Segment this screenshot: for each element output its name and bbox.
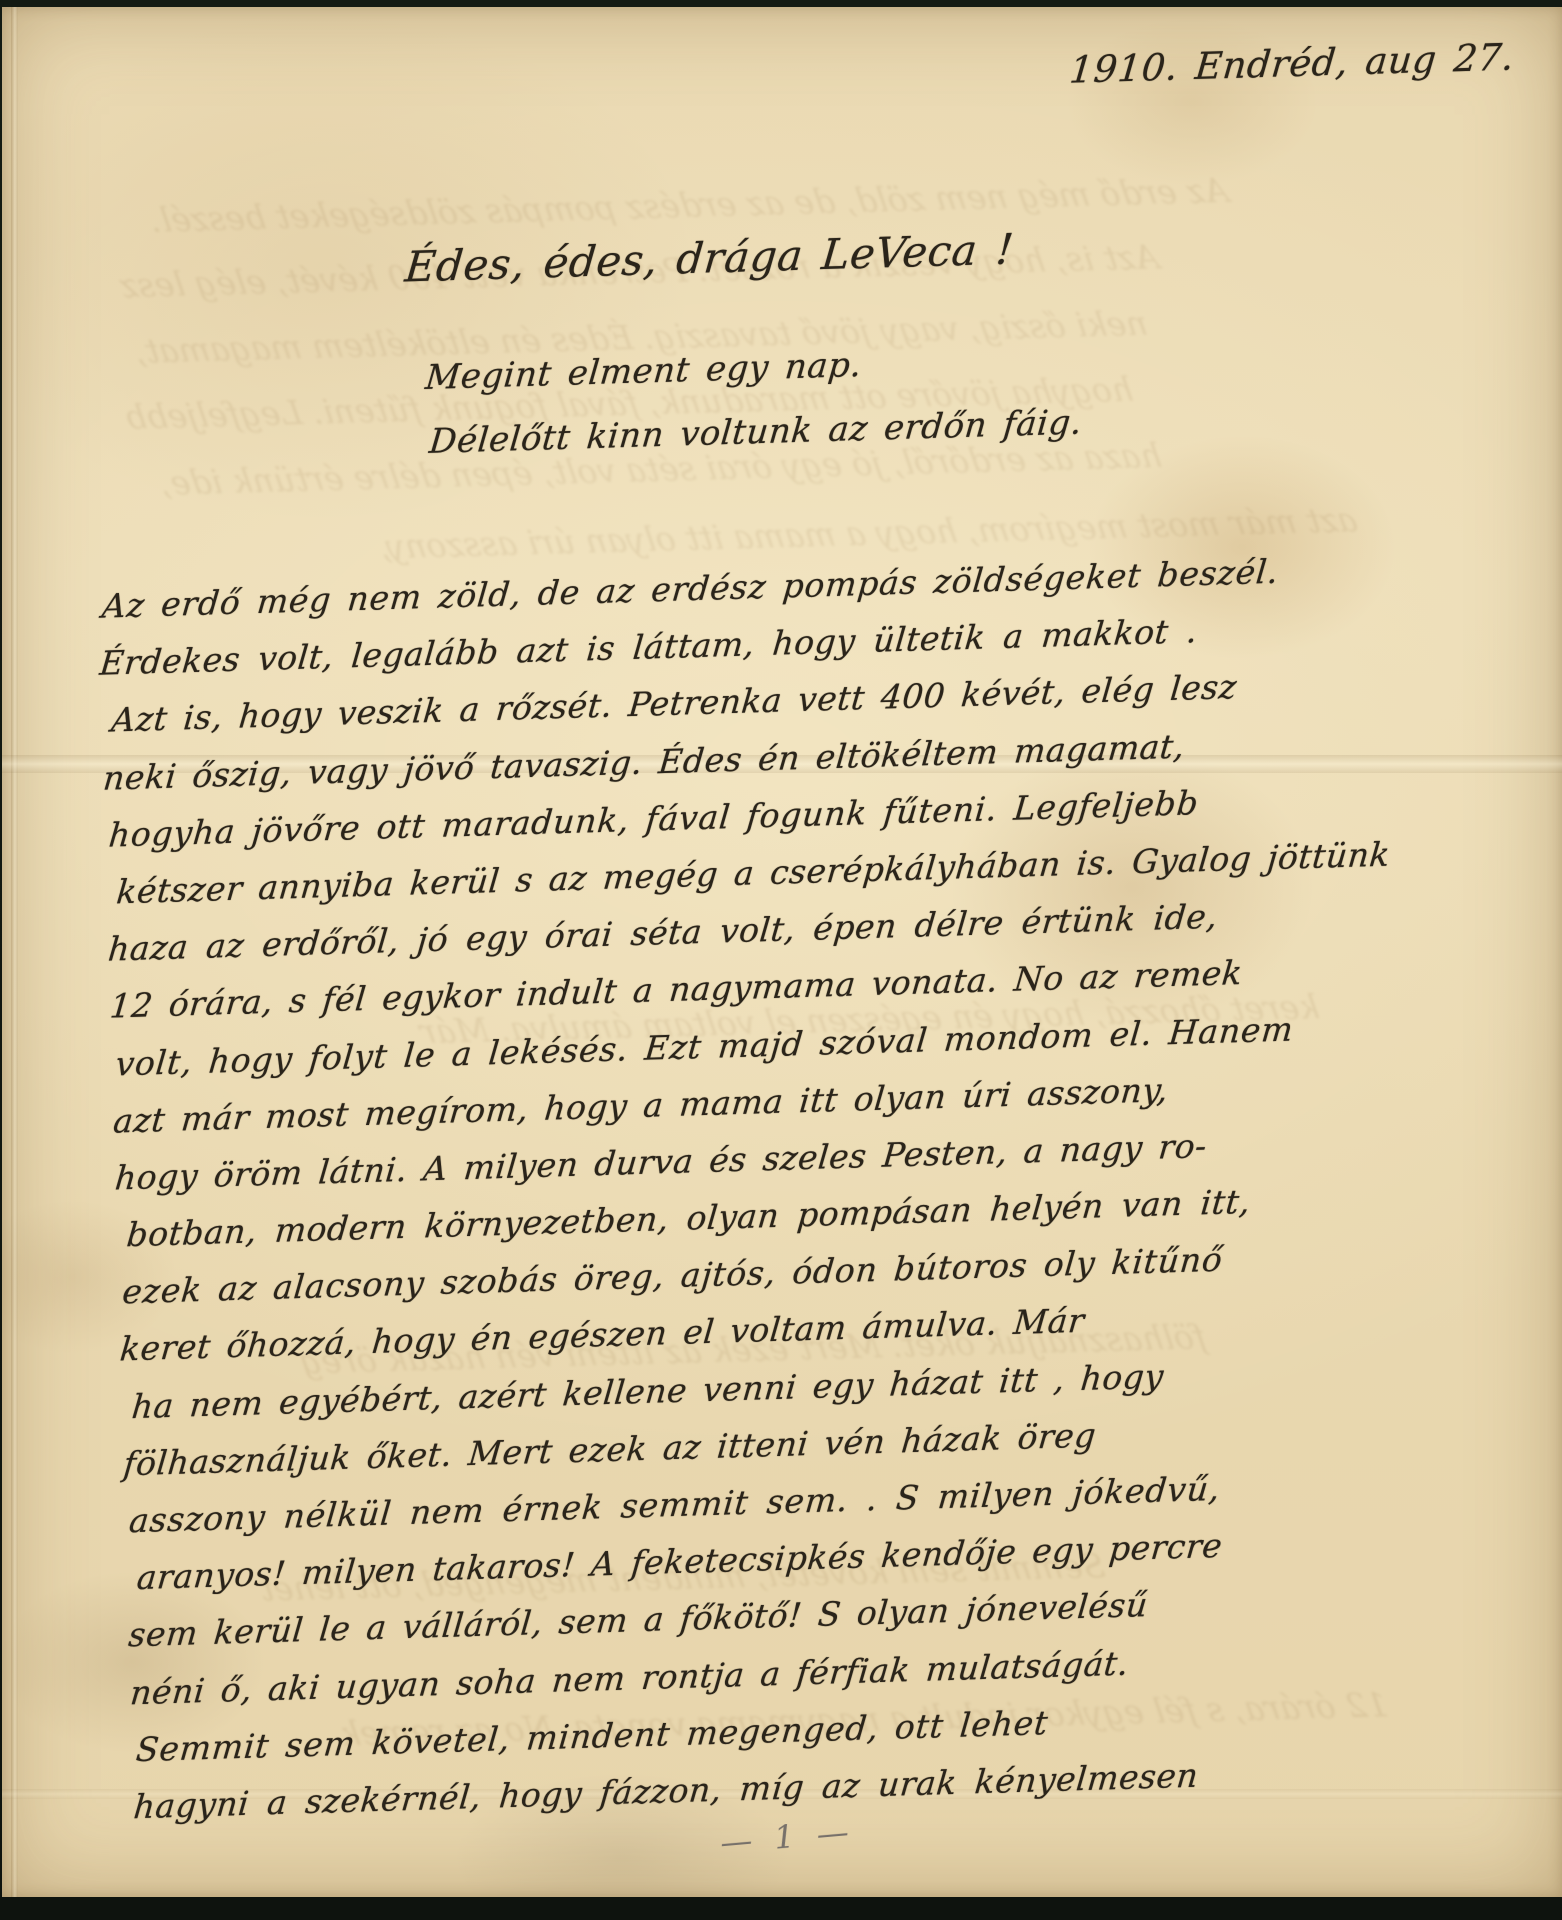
opening-line: Megint elment egy nap. bbox=[424, 345, 864, 398]
date-line: 1910. Endréd, aug 27. bbox=[1068, 35, 1516, 91]
letter-body: Az erdő még nem zöld, de az erdész pompá… bbox=[97, 540, 1418, 1836]
opening-line: Délelőtt kinn voltunk az erdőn fáig. bbox=[428, 402, 1084, 461]
salutation: Édes, édes, drága LeVeca ! bbox=[403, 224, 1016, 291]
handwritten-text: 1910. Endréd, aug 27. Édes, édes, drága … bbox=[0, 0, 1562, 1920]
scanned-letter-page: Az erdő még nem zöld, de az erdész pompá… bbox=[0, 0, 1562, 1920]
